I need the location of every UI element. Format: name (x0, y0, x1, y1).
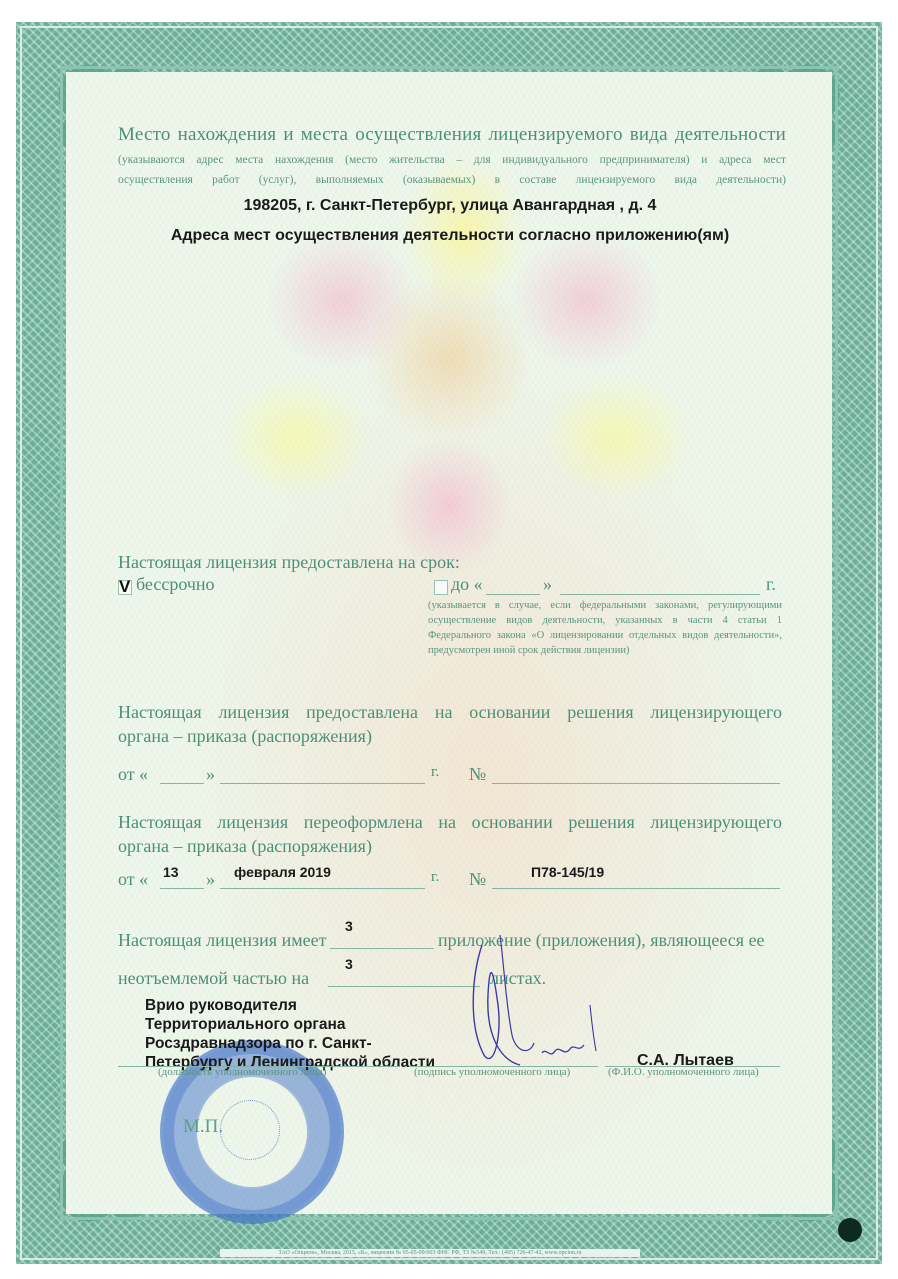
location-note-line-2: осуществления работ (услуг), выполняемых… (118, 170, 786, 190)
position-caption: (должность уполномоченного лица) (158, 1066, 326, 1078)
granted-month-year-field[interactable] (220, 783, 425, 784)
granted-line-2: органа – приказа (распоряжения) (118, 726, 372, 746)
reissued-month-year-field[interactable] (220, 888, 425, 889)
reissued-line-1: Настоящая лицензия переоформлена на осно… (118, 810, 782, 834)
sheet-count: 3 (345, 956, 353, 972)
term-note: (указывается в случае, если федеральными… (428, 598, 782, 658)
sheet-count-field[interactable] (328, 986, 480, 987)
reissued-date-prefix: от « (118, 869, 148, 890)
granted-day-field[interactable] (160, 783, 204, 784)
signer-position-line: Врио руководителя (145, 996, 435, 1015)
punch-hole-icon (838, 1218, 862, 1242)
handwritten-signature-icon (460, 935, 610, 1075)
location-section-note: (указываются адрес места нахождения (мес… (118, 150, 786, 190)
until-month-year-field[interactable] (560, 594, 760, 595)
signer-position-line: Территориального органа (145, 1015, 435, 1034)
indefinite-label: бессрочно (136, 574, 215, 595)
reissued-month-year: февраля 2019 (234, 864, 331, 880)
until-prefix: до « (451, 574, 483, 595)
activity-addresses-note: Адреса мест осуществления деятельности с… (120, 227, 780, 245)
appendix-count: 3 (345, 918, 353, 934)
reissued-day-field[interactable] (160, 888, 204, 889)
until-date-checkbox[interactable] (434, 580, 448, 595)
term-section-title: Настоящая лицензия предоставлена на срок… (118, 552, 460, 573)
reissued-year-suffix: г. (431, 869, 439, 886)
reissued-order-number: П78-145/19 (531, 864, 604, 880)
granted-date-prefix: от « (118, 764, 148, 785)
reissued-line-2: органа – приказа (распоряжения) (118, 836, 372, 856)
reissued-basis-text: Настоящая лицензия переоформлена на осно… (118, 810, 782, 858)
reissued-date-mid: » (206, 869, 215, 890)
license-address: 198205, г. Санкт-Петербург, улица Аванга… (120, 197, 780, 215)
printer-imprint: ЗАО «Опцион», Москва, 2015, «Б», лицензи… (220, 1249, 640, 1257)
appendix-line2-prefix: неотъемлемой частью на (118, 968, 309, 989)
until-day-field[interactable] (486, 594, 540, 595)
signer-position-line: Росздравнадзора по г. Санкт- (145, 1034, 435, 1053)
until-mid: » (543, 574, 552, 595)
location-note-line-1: (указываются адрес места нахождения (мес… (118, 150, 786, 170)
coat-of-arms-icon (220, 1100, 280, 1160)
appendix-count-field[interactable] (330, 948, 434, 949)
seal-place-label: М.П. (183, 1116, 223, 1138)
name-caption: (Ф.И.О. уполномоченного лица) (608, 1066, 759, 1078)
granted-line-1: Настоящая лицензия предоставлена на осно… (118, 700, 782, 724)
signer-position: Врио руководителя Территориального орган… (145, 996, 435, 1072)
appendix-line1-prefix: Настоящая лицензия имеет (118, 930, 326, 951)
until-year-suffix: г. (766, 574, 776, 595)
granted-number-prefix: № (469, 764, 486, 785)
granted-number-field[interactable] (492, 783, 780, 784)
granted-date-mid: » (206, 764, 215, 785)
check-mark-icon: V (119, 577, 130, 597)
reissued-day: 13 (163, 864, 179, 880)
location-section-title: Место нахождения и места осуществления л… (118, 124, 786, 146)
reissued-number-field[interactable] (492, 888, 780, 889)
granted-basis-text: Настоящая лицензия предоставлена на осно… (118, 700, 782, 748)
reissued-number-prefix: № (469, 869, 486, 890)
granted-year-suffix: г. (431, 764, 439, 781)
